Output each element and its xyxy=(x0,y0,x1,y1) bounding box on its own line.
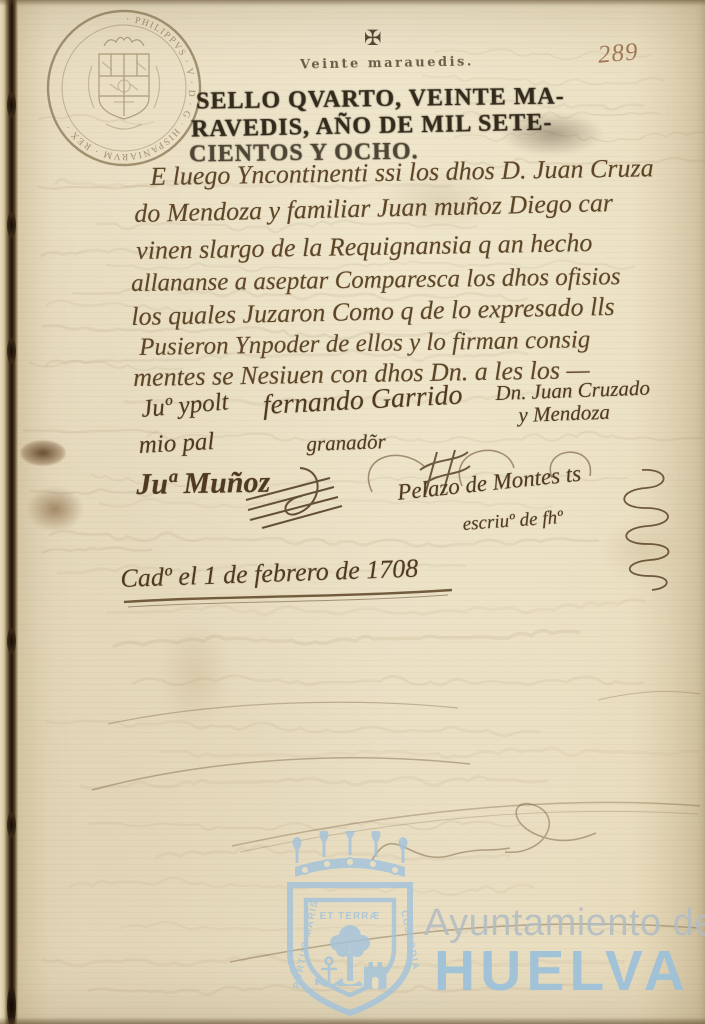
foxing-spot xyxy=(600,520,680,580)
cross-ornament-icon: ✠ xyxy=(364,26,382,50)
signature-granador: granadõr xyxy=(306,429,386,457)
shield-motto-top: ET TERRÆ xyxy=(320,911,381,922)
stamp-header-text: Veinte marauedis. xyxy=(300,54,474,72)
huelva-coat-of-arms-icon: ET TERRÆ PORTUS MARIS xyxy=(280,831,420,1024)
foxing-spot xyxy=(160,620,230,730)
signature-left-line2: mio pal xyxy=(138,428,215,460)
binding-edge xyxy=(0,0,18,1024)
watermark-city-name: HUELVA xyxy=(434,938,690,1004)
dateline: Cadº el 1 de febrero de 1708 xyxy=(120,554,419,594)
shield: ET TERRÆ PORTUS MARIS xyxy=(290,885,420,1013)
crown xyxy=(295,831,406,877)
shield-motto-right: CUSTODIA xyxy=(398,909,420,971)
pen-arc xyxy=(108,702,458,724)
handwriting-line: do Mendoza y familiar Juan muñoz Diego c… xyxy=(134,188,613,229)
pen-arc xyxy=(598,692,700,700)
signature-munoz: Juª Muñoz xyxy=(136,466,270,502)
signature-notary-line2: escriuº de fhº xyxy=(462,507,564,536)
handwriting-line: vinen slargo de la Requignansia q an hec… xyxy=(136,228,593,266)
signature-left-line1: Juº ypolt xyxy=(140,388,230,424)
pen-arc xyxy=(92,758,470,790)
folio-number: 289 xyxy=(597,38,640,69)
signature-mendoza: y Mendoza xyxy=(518,400,610,428)
spiral-rubric xyxy=(624,470,668,590)
seal-coat-of-arms xyxy=(88,37,159,129)
anchor-icon xyxy=(316,958,342,987)
ink-smudge xyxy=(26,486,84,532)
tower-icon xyxy=(364,962,387,989)
royal-seal-stamp: · PHILIPPVS · V · D · G · HISPANIARVM · … xyxy=(44,6,204,168)
ink-smudge xyxy=(20,440,66,466)
signature-notary-line1: Pelazo de Montes ts xyxy=(396,461,582,506)
manuscript-page: · PHILIPPVS · V · D · G · HISPANIARVM · … xyxy=(0,0,705,1024)
